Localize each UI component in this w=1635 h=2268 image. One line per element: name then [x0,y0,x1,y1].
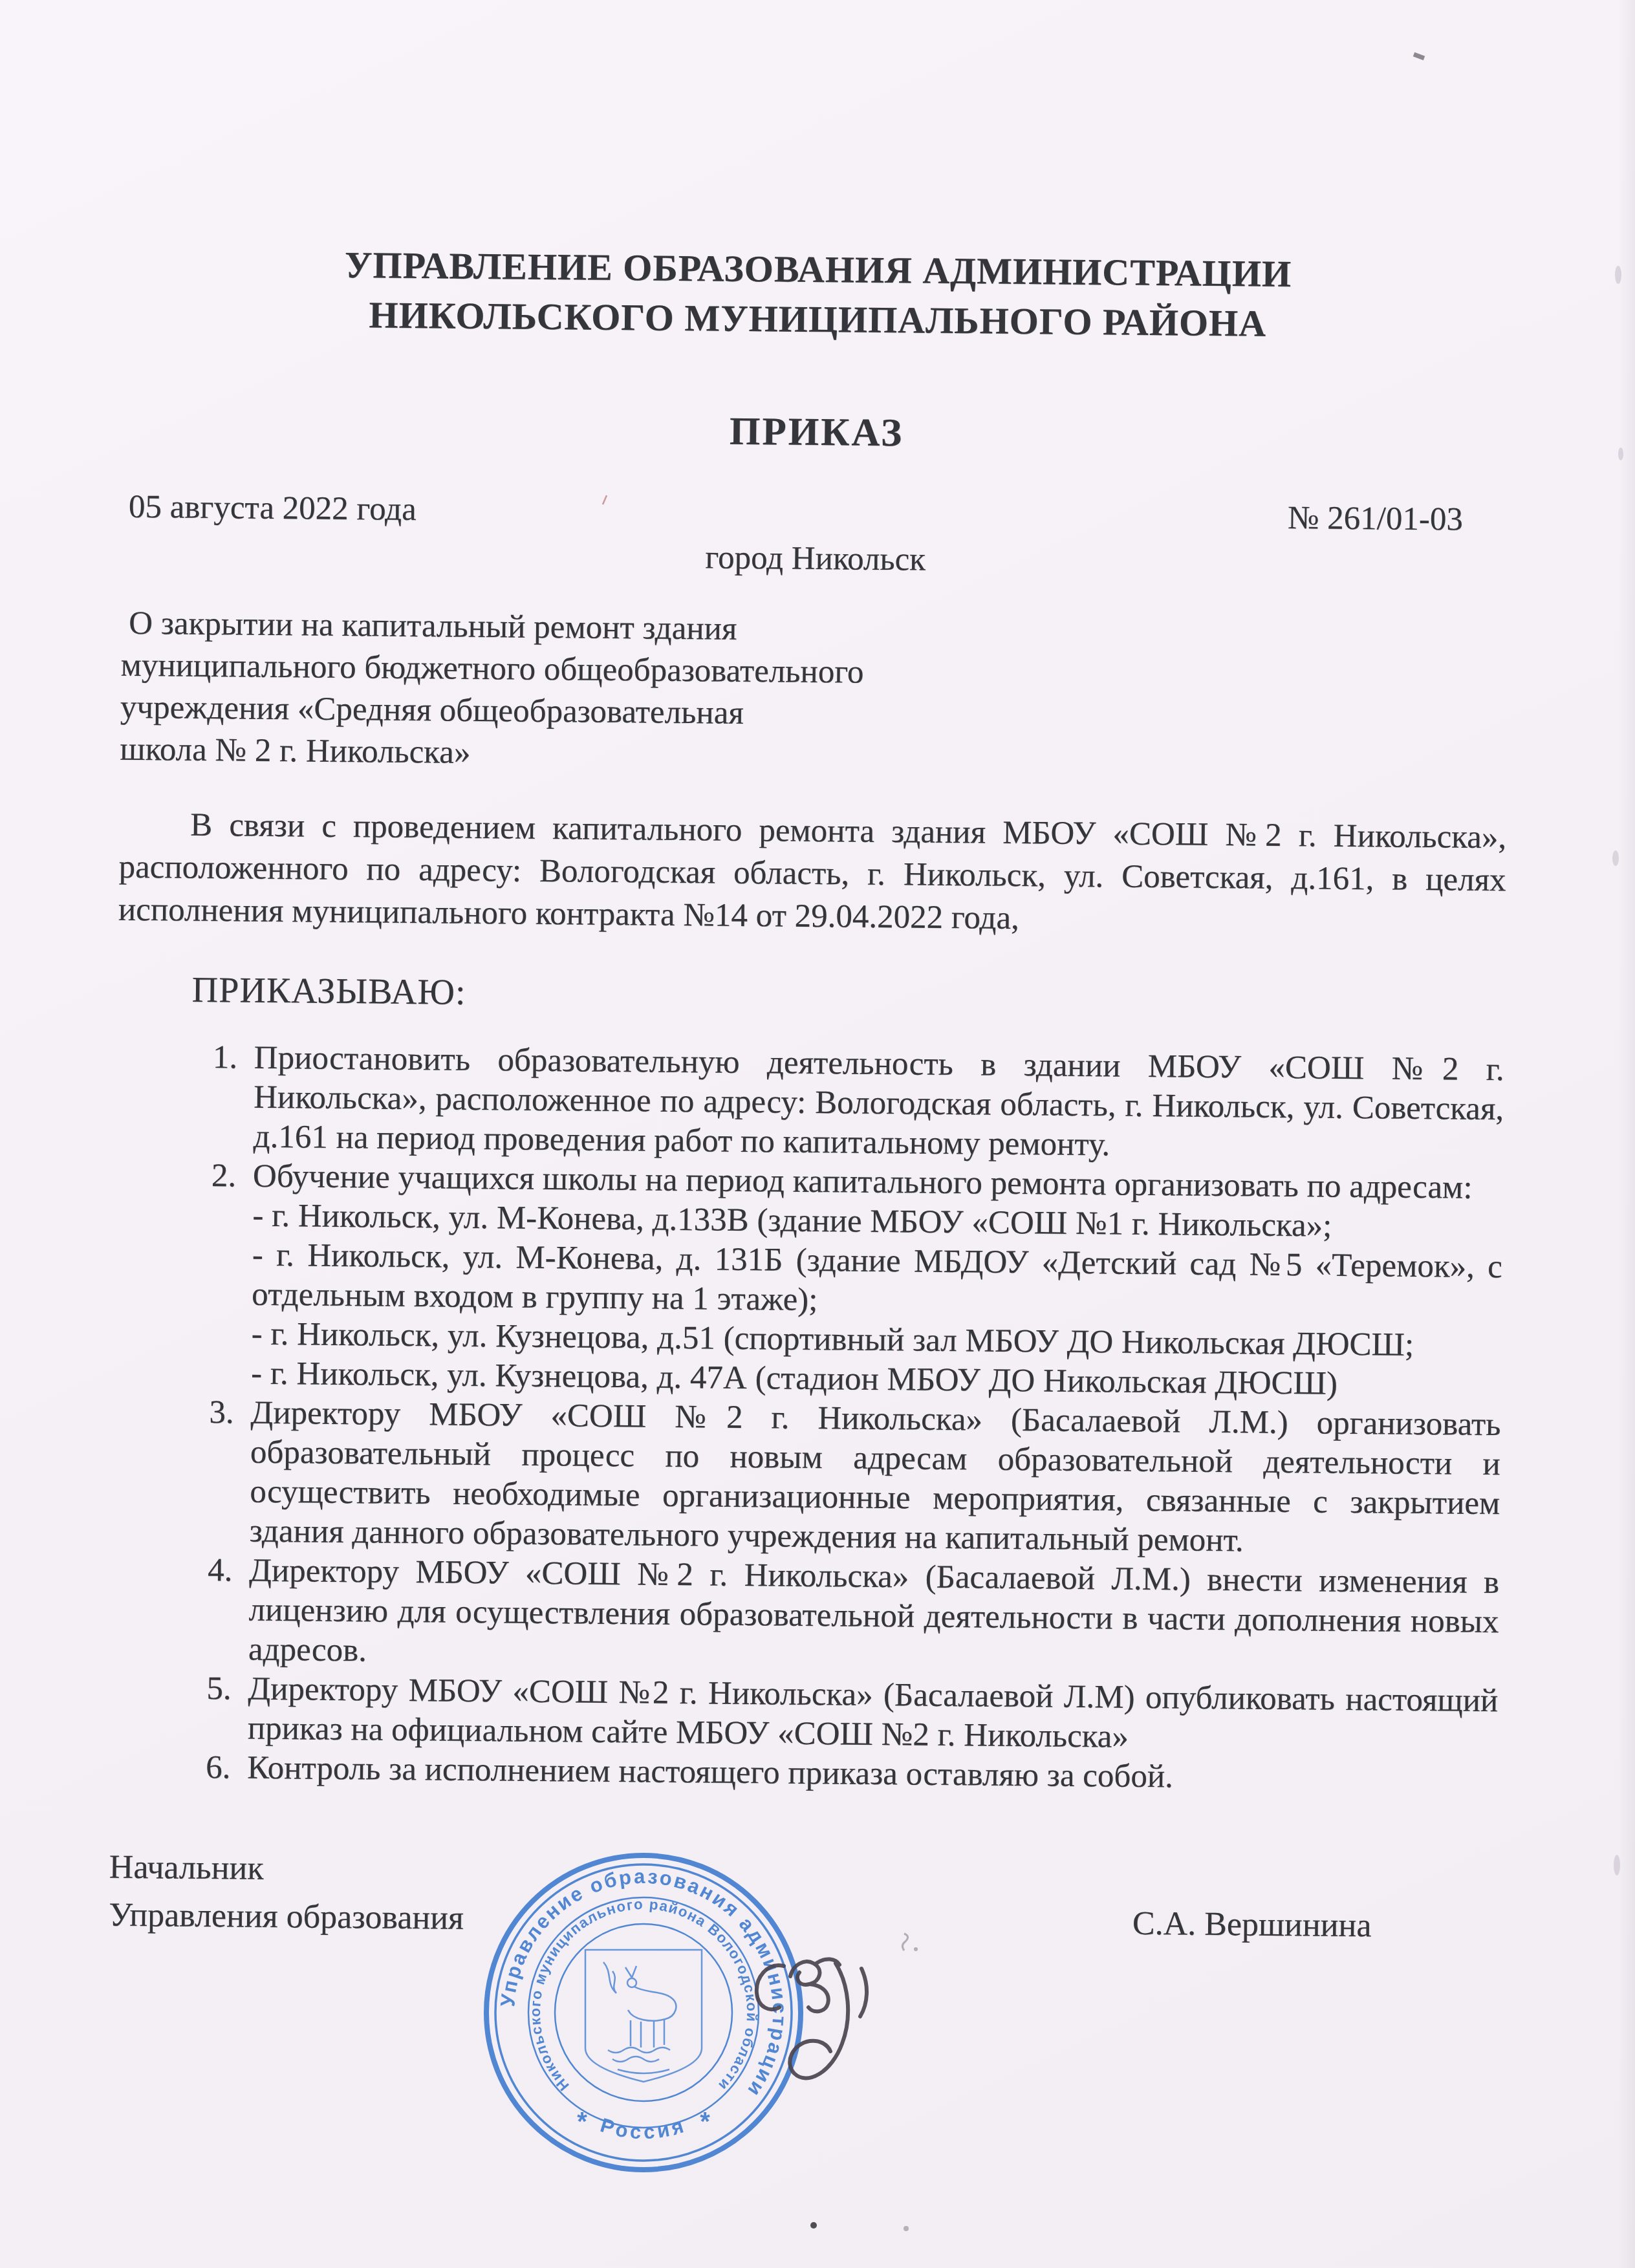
list-item-number: 1. [211,1038,254,1157]
signature-block: Начальник Управления образования С.А. Ве… [108,1844,1497,2025]
list-item: 2. Обучение учащихся школы на период кап… [114,1156,1503,1406]
order-subject: О закрытии на капитальный ремонт здания … [120,603,1508,784]
stamp-star-icon: * [700,2108,710,2136]
scanned-document-page: УПРАВЛЕНИЕ ОБРАЗОВАНИЯ АДМИНИСТРАЦИИ НИК… [0,0,1635,2268]
list-item-text: Обучение учащихся школы на период капита… [251,1157,1503,1406]
list-item-number: 4. [207,1551,250,1670]
order-meta-row: 05 августа 2022 года № 261/01-03 [122,488,1510,540]
list-item-text: Директору МБОУ «СОШ №2 г. Никольска» (Ба… [248,1670,1499,1761]
list-item: 1. Приостановить образовательную деятель… [116,1037,1504,1169]
list-item-number: 6. [206,1748,248,1788]
list-item-number: 5. [206,1669,248,1749]
document-content: УПРАВЛЕНИЕ ОБРАЗОВАНИЯ АДМИНИСТРАЦИИ НИК… [0,0,1635,2026]
document-type-title: ПРИКАЗ [123,404,1511,462]
order-items-list: 1. Приостановить образовательную деятель… [110,1037,1504,1800]
order-number: № 261/01-03 [1288,499,1464,539]
stamp-country-text: Россия [598,2113,689,2143]
list-item-text: Директору МБОУ «СОШ №2 г. Никольска» (Ба… [248,1551,1500,1682]
order-date: 05 августа 2022 года [129,488,417,529]
list-item: 5. Директору МБОУ «СОШ №2 г. Никольска» … [111,1669,1499,1761]
list-item-number: 2. [210,1156,254,1394]
list-item-text: Директору МБОУ «СОШ №2 г. Никольска» (Ба… [249,1394,1500,1564]
list-item-text: Приостановить образовательную деятельнос… [253,1039,1504,1169]
signer-name: С.А. Вершинина [1132,1900,1372,1950]
list-item-number: 3. [208,1393,250,1551]
stamp-star-icon: * [577,2108,587,2136]
order-city: город Никольск [122,533,1509,585]
list-item: 3. Директору МБОУ «СОШ №2 г. Никольска» … [112,1392,1500,1564]
intro-paragraph: В связи с проведением капитального ремон… [118,803,1507,945]
organization-header: УПРАВЛЕНИЕ ОБРАЗОВАНИЯ АДМИНИСТРАЦИИ НИК… [124,238,1511,351]
address-subline: - г. Никольск, ул. М-Конева, д. 131Б (зд… [252,1236,1502,1327]
decree-label: ПРИКАЗЫВАЮ: [191,969,1505,1023]
list-item: 4. Директору МБОУ «СОШ №2 г. Никольска» … [111,1550,1500,1682]
